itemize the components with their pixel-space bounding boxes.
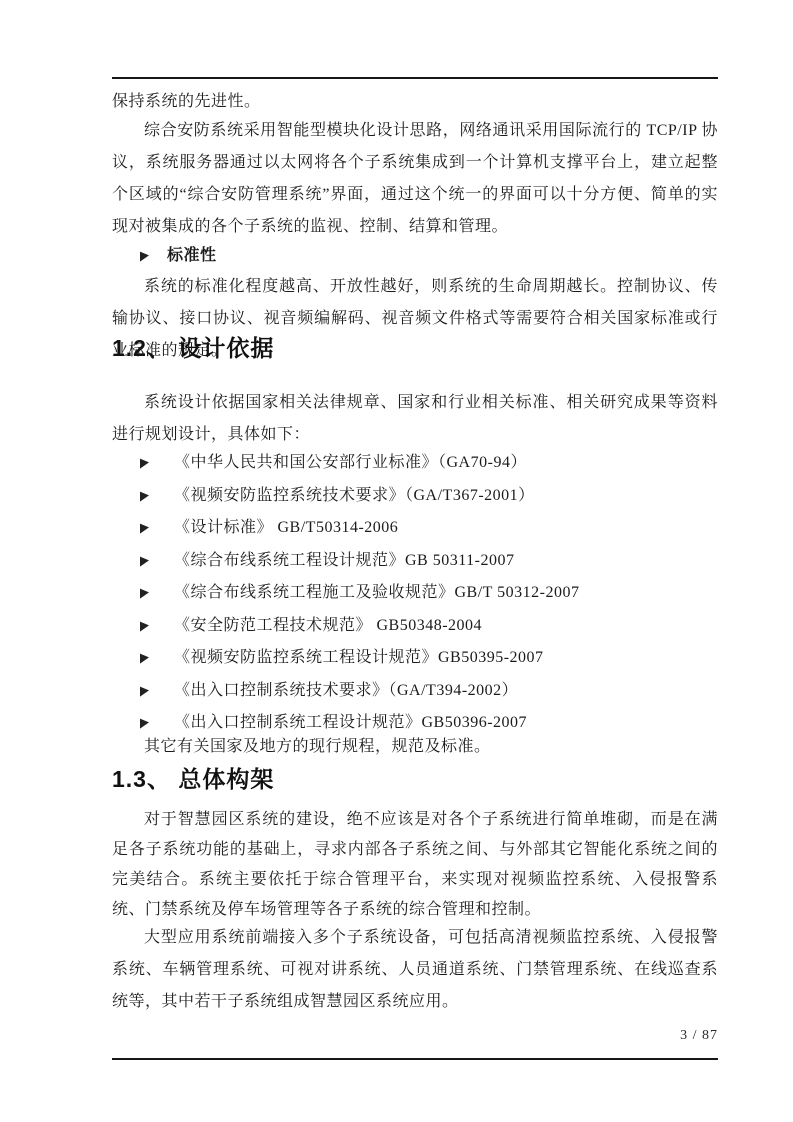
list-item: 《视频安防监控系统工程设计规范》GB50395-2007 — [112, 642, 718, 675]
standard-item-text: 《安全防范工程技术规范》 GB50348-2004 — [174, 617, 482, 634]
list-item: 《视频安防监控系统技术要求》（GA/T367-2001） — [112, 480, 718, 513]
bullet-arrow-icon — [140, 457, 149, 468]
standard-item-text: 《视频安防监控系统工程设计规范》GB50395-2007 — [174, 649, 544, 666]
standard-item-text: 《综合布线系统工程设计规范》GB 50311-2007 — [174, 552, 514, 569]
bullet-arrow-icon — [140, 685, 149, 696]
document-page: 保持系统的先进性。 综合安防系统采用智能型模块化设计思路，网络通讯采用国际流行的… — [0, 0, 793, 1122]
page-number: 3 / 87 — [680, 1026, 718, 1046]
section-heading-architecture: 1.3、 总体构架 — [112, 763, 718, 795]
bullet-arrow-icon — [140, 717, 149, 728]
footer-rule — [112, 1058, 718, 1060]
paragraph-architecture-2: 大型应用系统前端接入多个子系统设备，可包括高清视频监控系统、入侵报警系统、车辆管… — [112, 922, 718, 1018]
bullet-arrow-icon — [140, 490, 149, 501]
feature-bullet-label: 标准性 — [167, 240, 217, 272]
standard-item-text: 《设计标准》 GB/T50314-2006 — [174, 519, 398, 536]
list-item: 《综合布线系统工程设计规范》GB 50311-2007 — [112, 545, 718, 578]
standard-item-text: 《中华人民共和国公安部行业标准》（GA70-94） — [174, 454, 527, 471]
standard-item-text: 《综合布线系统工程施工及验收规范》GB/T 50312-2007 — [174, 584, 580, 601]
standard-item-text: 《出入口控制系统技术要求》（GA/T394-2002） — [174, 682, 518, 699]
bullet-arrow-icon — [140, 652, 149, 663]
bullet-arrow-icon — [140, 587, 149, 598]
list-item: 《安全防范工程技术规范》 GB50348-2004 — [112, 610, 718, 643]
paragraph-continued: 保持系统的先进性。 — [112, 86, 718, 118]
bullet-arrow-icon — [140, 250, 149, 261]
paragraph-architecture-1: 对于智慧园区系统的建设，绝不应该是对各个子系统进行简单堆砌，而是在满足各子系统功… — [112, 805, 718, 925]
paragraph-integrated-security: 综合安防系统采用智能型模块化设计思路，网络通讯采用国际流行的 TCP/IP 协议… — [112, 115, 718, 243]
list-item: 《综合布线系统工程施工及验收规范》GB/T 50312-2007 — [112, 577, 718, 610]
standards-list: 《中华人民共和国公安部行业标准》（GA70-94） 《视频安防监控系统技术要求》… — [112, 447, 718, 740]
page-content: 保持系统的先进性。 综合安防系统采用智能型模块化设计思路，网络通讯采用国际流行的… — [112, 0, 718, 1122]
bullet-arrow-icon — [140, 555, 149, 566]
list-item: 《设计标准》 GB/T50314-2006 — [112, 512, 718, 545]
standard-item-text: 《出入口控制系统工程设计规范》GB50396-2007 — [174, 714, 527, 731]
list-item: 《出入口控制系统技术要求》（GA/T394-2002） — [112, 675, 718, 708]
bullet-arrow-icon — [140, 620, 149, 631]
bullet-arrow-icon — [140, 522, 149, 533]
section-heading-design-basis: 1.2、 设计依据 — [112, 332, 718, 364]
paragraph-design-basis-outro: 其它有关国家及地方的现行规程，规范及标准。 — [112, 731, 718, 763]
standard-item-text: 《视频安防监控系统技术要求》（GA/T367-2001） — [174, 487, 535, 504]
paragraph-design-basis-intro: 系统设计依据国家相关法律规章、国家和行业相关标准、相关研究成果等资料进行规划设计… — [112, 387, 718, 451]
list-item: 《中华人民共和国公安部行业标准》（GA70-94） — [112, 447, 718, 480]
